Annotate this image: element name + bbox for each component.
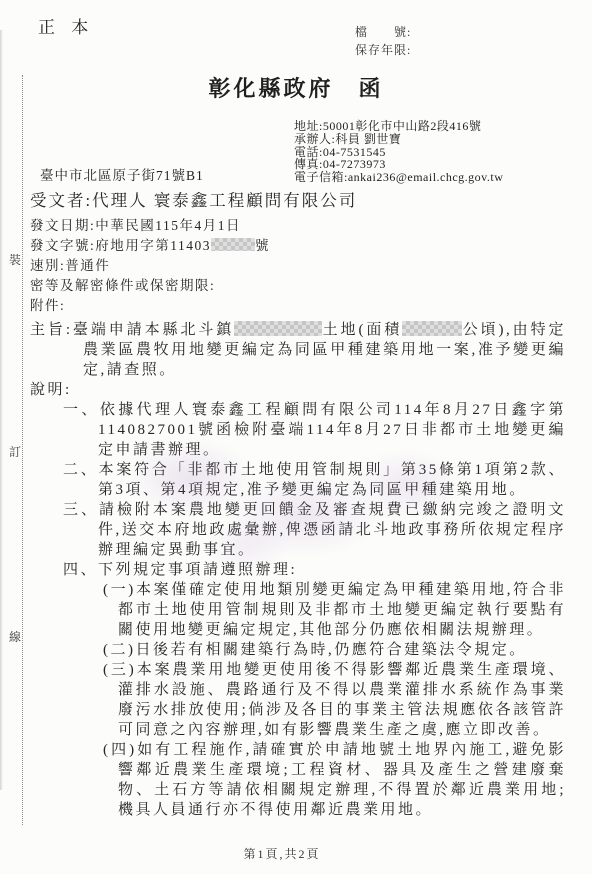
item-text: 依據代理人寰泰鑫工程顧問有限公司114年8月27日鑫字第1140827001號函… bbox=[98, 402, 566, 458]
description-item-1: 一、依據代理人寰泰鑫工程顧問有限公司114年8月27日鑫字第1140827001… bbox=[63, 400, 566, 460]
subject-paragraph: 主旨:臺端申請本縣北斗鎮土地(面積公頃),由特定農業區農牧用地變更編定為同區甲種… bbox=[30, 320, 566, 380]
doc-number-line: 發文字號:府地用字第11403號 bbox=[30, 236, 566, 256]
subject-text-1: 臺端申請本縣北斗鎮 bbox=[73, 322, 235, 338]
item-text: 下列規定事項請遵照辦理: bbox=[98, 562, 297, 578]
attachment-line: 附件: bbox=[30, 296, 566, 316]
agency-contact-person: 承辦人:科員 劉世寶 bbox=[294, 133, 503, 146]
subitem-marker: (三) bbox=[103, 662, 136, 678]
doc-number-suffix: 號 bbox=[255, 238, 270, 253]
subject-label: 主旨: bbox=[30, 322, 73, 338]
description-subitem-1: (一)本案僅確定使用地類別變更編定為甲種建築用地,符合非都市土地使用管制規則及非… bbox=[103, 580, 566, 640]
parcel-number-redaction bbox=[234, 321, 322, 336]
copy-label: 正 本 bbox=[38, 13, 94, 38]
doc-number-redaction bbox=[211, 238, 255, 251]
area-value-redaction bbox=[402, 321, 462, 336]
document-page: 裝 訂 線 正 本 檔 號: 保存年限: 彰化縣政府 函 地址:50001彰化市… bbox=[0, 0, 592, 874]
description-label: 說明: bbox=[30, 380, 566, 400]
subitem-marker: (二) bbox=[103, 642, 136, 658]
agency-contact-block: 地址:50001彰化市中山路2段416號 承辦人:科員 劉世寶 電話:04-75… bbox=[294, 120, 503, 184]
file-no-label: 檔 號: bbox=[355, 23, 411, 41]
subitem-text: 如有工程施作,請確實於申請地號土地界內施工,避免影響鄰近農業生產環境;工程資材、… bbox=[118, 742, 566, 818]
subitem-marker: (一) bbox=[103, 582, 136, 598]
description-item-2: 二、本案符合「非都市土地使用管制規則」第35條第1項第2款、第3項、第4項規定,… bbox=[63, 460, 566, 500]
description-subitem-2: (二)日後若有相關建築行為時,仍應符合建築法令規定。 bbox=[103, 640, 566, 660]
security-line: 密等及解密條件或保密期限: bbox=[30, 276, 566, 296]
doc-number-prefix: 發文字號:府地用字第11403 bbox=[30, 238, 211, 253]
retention-label: 保存年限: bbox=[355, 41, 411, 59]
description-subitem-4: (四)如有工程施作,請確實於申請地號土地界內施工,避免影響鄰近農業生產環境;工程… bbox=[103, 740, 566, 820]
item-text: 請檢附本案農地變更回饋金及審查規費已繳納完竣之證明文件,送交本府地政處彙辦,俾憑… bbox=[98, 502, 566, 558]
file-labels-block: 檔 號: 保存年限: bbox=[355, 23, 411, 59]
page-number-footer: 第1頁,共2頁 bbox=[0, 845, 564, 862]
issue-date-line: 發文日期:中華民國115年4月1日 bbox=[30, 216, 566, 236]
speed-line: 速別:普通件 bbox=[30, 256, 566, 276]
item-marker: 四、 bbox=[63, 562, 98, 578]
recipient-line: 受文者:代理人 寰泰鑫工程顧問有限公司 bbox=[30, 188, 566, 214]
agency-email: 電子信箱:ankai236@email.chcg.gov.tw bbox=[294, 171, 503, 184]
description-subitem-3: (三)本案農業用地變更使用後不得影響鄰近農業生產環境、灌排水設施、農路通行及不得… bbox=[103, 660, 566, 740]
document-body: 受文者:代理人 寰泰鑫工程顧問有限公司 發文日期:中華民國115年4月1日 發文… bbox=[30, 188, 566, 820]
scan-edge-shadow bbox=[0, 30, 3, 790]
item-marker: 二、 bbox=[63, 462, 99, 478]
document-title: 彰化縣政府 函 bbox=[0, 72, 592, 103]
description-item-4: 四、下列規定事項請遵照辦理: bbox=[63, 560, 566, 580]
item-marker: 一、 bbox=[63, 402, 100, 418]
subitem-text: 日後若有相關建築行為時,仍應符合建築法令規定。 bbox=[136, 642, 527, 658]
binding-mark-xian: 線 bbox=[7, 628, 23, 645]
subject-text-2: 土地(面積 bbox=[322, 322, 402, 338]
binding-mark-zhuang: 裝 bbox=[7, 251, 23, 268]
subitem-text: 本案僅確定使用地類別變更編定為甲種建築用地,符合非都市土地使用管制規則及非都市土… bbox=[118, 582, 566, 638]
item-text: 本案符合「非都市土地使用管制規則」第35條第1項第2款、第3項、第4項規定,准予… bbox=[98, 462, 566, 498]
recipient-mailing-address: 臺中市北區原子街71號B1 bbox=[40, 164, 204, 184]
binding-mark-ding: 訂 bbox=[7, 443, 23, 460]
agency-address: 地址:50001彰化市中山路2段416號 bbox=[294, 120, 503, 133]
item-marker: 三、 bbox=[63, 502, 99, 518]
description-item-3: 三、請檢附本案農地變更回饋金及審查規費已繳納完竣之證明文件,送交本府地政處彙辦,… bbox=[63, 500, 566, 560]
subitem-marker: (四) bbox=[103, 742, 137, 758]
subitem-text: 本案農業用地變更使用後不得影響鄰近農業生產環境、灌排水設施、農路通行及不得以農業… bbox=[118, 662, 566, 738]
